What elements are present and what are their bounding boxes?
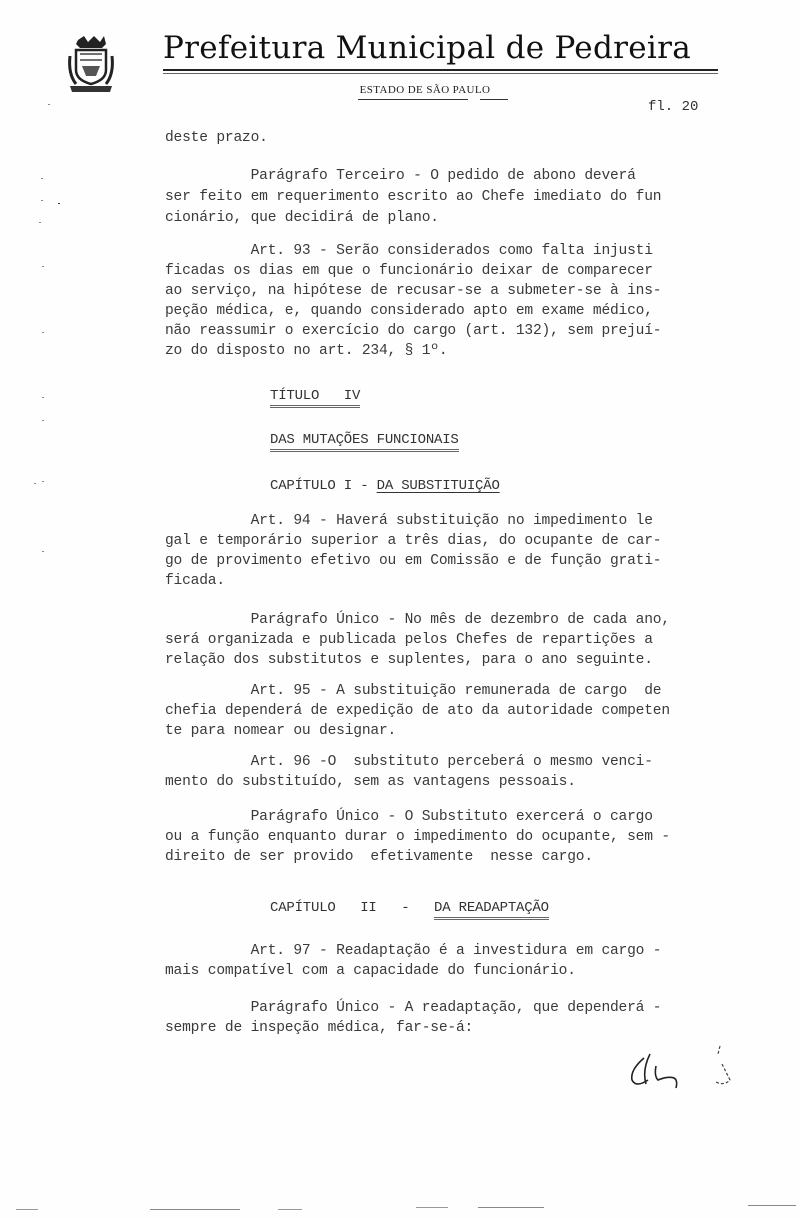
paragraph-line: será organizada e publicada pelos Chefes…	[165, 632, 653, 648]
title-subheading-text: DAS MUTAÇÕES FUNCIONAIS	[270, 432, 459, 452]
paragraph-line: Parágrafo Único - No mês de dezembro de …	[165, 612, 670, 628]
scan-speck	[48, 104, 50, 105]
article-93-line: peção médica, e, quando considerado apto…	[165, 303, 653, 319]
paragraph-line: sempre de inspeção médica, far-se-á:	[165, 1020, 473, 1036]
state-underline-short	[480, 99, 508, 100]
chapter-2-heading: CAPÍTULO II - DA READAPTAÇÃO	[270, 900, 549, 916]
scan-footer-marks	[0, 1205, 800, 1211]
chapter-2-title: DA READAPTAÇÃO	[434, 900, 549, 920]
paragraph-line: Parágrafo Único - O Substituto exercerá …	[165, 809, 653, 825]
scan-speck	[58, 203, 60, 204]
scan-speck	[42, 397, 44, 398]
article-94-line: ficada.	[165, 573, 225, 589]
municipal-coat-of-arms-icon	[66, 34, 116, 94]
scan-speck	[41, 178, 43, 179]
scan-speck	[42, 332, 44, 333]
article-96-line: mento do substituído, sem as vantagens p…	[165, 774, 576, 790]
paragraph-line: direito de ser provido efetivamente ness…	[165, 849, 593, 865]
article-97-line: Art. 97 - Readaptação é a investidura em…	[165, 943, 661, 959]
chapter-1-prefix: CAPÍTULO I -	[270, 478, 377, 494]
scan-speck	[42, 420, 44, 421]
chapter-1-heading: CAPÍTULO I - DA SUBSTITUIÇÃO	[270, 478, 500, 494]
scan-speck	[41, 200, 43, 201]
paragraph-line: ser feito em requerimento escrito ao Che…	[165, 189, 661, 205]
title-heading: TÍTULO IV	[270, 388, 360, 404]
paragraph-line: Parágrafo Terceiro - O pedido de abono d…	[165, 168, 636, 184]
letterhead-title: Prefeitura Municipal de Pedreira	[163, 30, 718, 66]
article-93-line: não reassumir o exercício do cargo (art.…	[165, 323, 661, 339]
scan-speck	[42, 266, 44, 267]
article-95-line: te para nomear ou designar.	[165, 723, 396, 739]
letterhead-state: ESTADO DE SÃO PAULO	[330, 84, 520, 96]
article-96-line: Art. 96 -O substituto perceberá o mesmo …	[165, 754, 653, 770]
title-subheading: DAS MUTAÇÕES FUNCIONAIS	[270, 432, 459, 448]
article-94-line: Art. 94 - Haverá substituição no impedim…	[165, 513, 653, 529]
paragraph-line: Parágrafo Único - A readaptação, que dep…	[165, 1000, 661, 1016]
article-94-line: gal e temporário superior a três dias, d…	[165, 533, 661, 549]
chapter-2-prefix: CAPÍTULO II -	[270, 900, 434, 916]
paragraph-line: relação dos substitutos e suplentes, par…	[165, 652, 653, 668]
article-93-line: Art. 93 - Serão considerados como falta …	[165, 243, 653, 259]
article-95-line: chefia dependerá de expedição de ato da …	[165, 703, 670, 719]
article-95-line: Art. 95 - A substituição remunerada de c…	[165, 683, 661, 699]
scan-speck	[39, 222, 41, 223]
scan-speck	[34, 483, 36, 484]
article-97-line: mais compatível com a capacidade do func…	[165, 963, 576, 979]
handwritten-initials-icon	[620, 1040, 760, 1100]
article-93-line: ficadas os dias em que o funcionário dei…	[165, 263, 653, 279]
article-93-line: ao serviço, na hipótese de recusar-se a …	[165, 283, 661, 299]
letterhead-rule-thin	[163, 73, 718, 74]
continuation-text: deste prazo.	[165, 130, 268, 146]
state-underline	[358, 99, 468, 100]
paragraph-line: ou a função enquanto durar o impedimento…	[165, 829, 670, 845]
chapter-1-title: DA SUBSTITUIÇÃO	[377, 478, 500, 494]
page-number: fl. 20	[648, 99, 698, 115]
article-94-line: go de provimento efetivo ou em Comissão …	[165, 553, 661, 569]
letterhead-rule	[163, 69, 718, 71]
article-93-line: zo do disposto no art. 234, § 1º.	[165, 343, 447, 359]
title-heading-text: TÍTULO IV	[270, 388, 360, 408]
scan-speck	[42, 551, 44, 552]
scan-speck	[42, 481, 44, 482]
paragraph-line: cionário, que decidirá de plano.	[165, 210, 439, 226]
